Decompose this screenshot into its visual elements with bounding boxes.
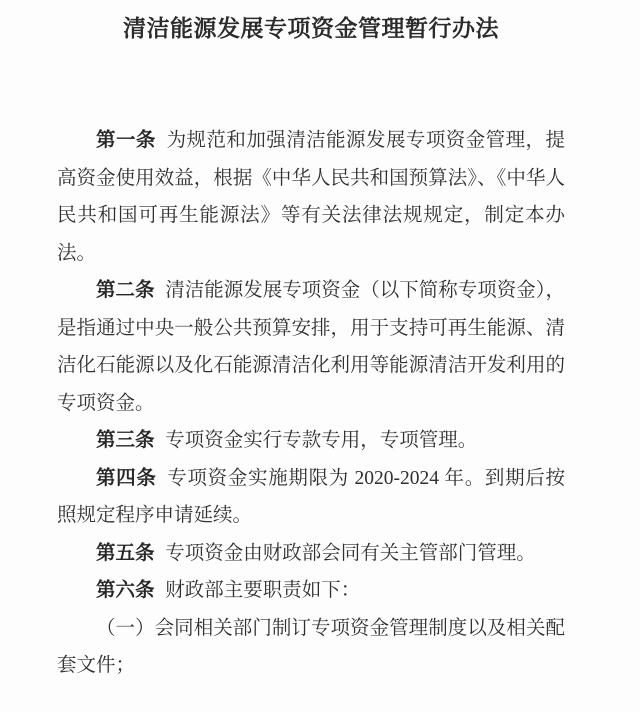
article-paragraph: 第二条清洁能源发展专项资金（以下简称专项资金），是指通过中央一般公共预算安排，用… xyxy=(57,272,565,422)
article-text: 专项资金由财政部会同有关主管部门管理。 xyxy=(165,543,536,564)
document-body: 第一条为规范和加强清洁能源发展专项资金管理，提高资金使用效益，根据《中华人民共和… xyxy=(57,122,565,685)
article-paragraph: 第四条专项资金实施期限为 2020-2024 年。到期后按照规定程序申请延续。 xyxy=(57,460,565,535)
article-text: 财政部主要职责如下： xyxy=(165,580,360,601)
article-label: 第三条 xyxy=(96,430,155,451)
article-text: 专项资金实行专款专用，专项管理。 xyxy=(165,430,477,451)
article-paragraph: 第五条专项资金由财政部会同有关主管部门管理。 xyxy=(57,535,565,573)
article-paragraph: 第六条财政部主要职责如下： xyxy=(57,572,565,610)
document-title: 清洁能源发展专项资金管理暂行办法 xyxy=(57,14,565,44)
article-text: （一）会同相关部门制订专项资金管理制度以及相关配套文件； xyxy=(57,618,565,677)
article-paragraph: 第一条为规范和加强清洁能源发展专项资金管理，提高资金使用效益，根据《中华人民共和… xyxy=(57,122,565,272)
article-label: 第六条 xyxy=(96,580,155,601)
article-label: 第五条 xyxy=(96,543,155,564)
article-paragraph: 第三条专项资金实行专款专用，专项管理。 xyxy=(57,422,565,460)
article-label: 第二条 xyxy=(96,280,155,301)
list-item-paragraph: （一）会同相关部门制订专项资金管理制度以及相关配套文件； xyxy=(57,610,565,685)
article-label: 第四条 xyxy=(96,468,157,489)
document-page: 清洁能源发展专项资金管理暂行办法 第一条为规范和加强清洁能源发展专项资金管理，提… xyxy=(0,0,640,712)
article-label: 第一条 xyxy=(96,130,156,151)
